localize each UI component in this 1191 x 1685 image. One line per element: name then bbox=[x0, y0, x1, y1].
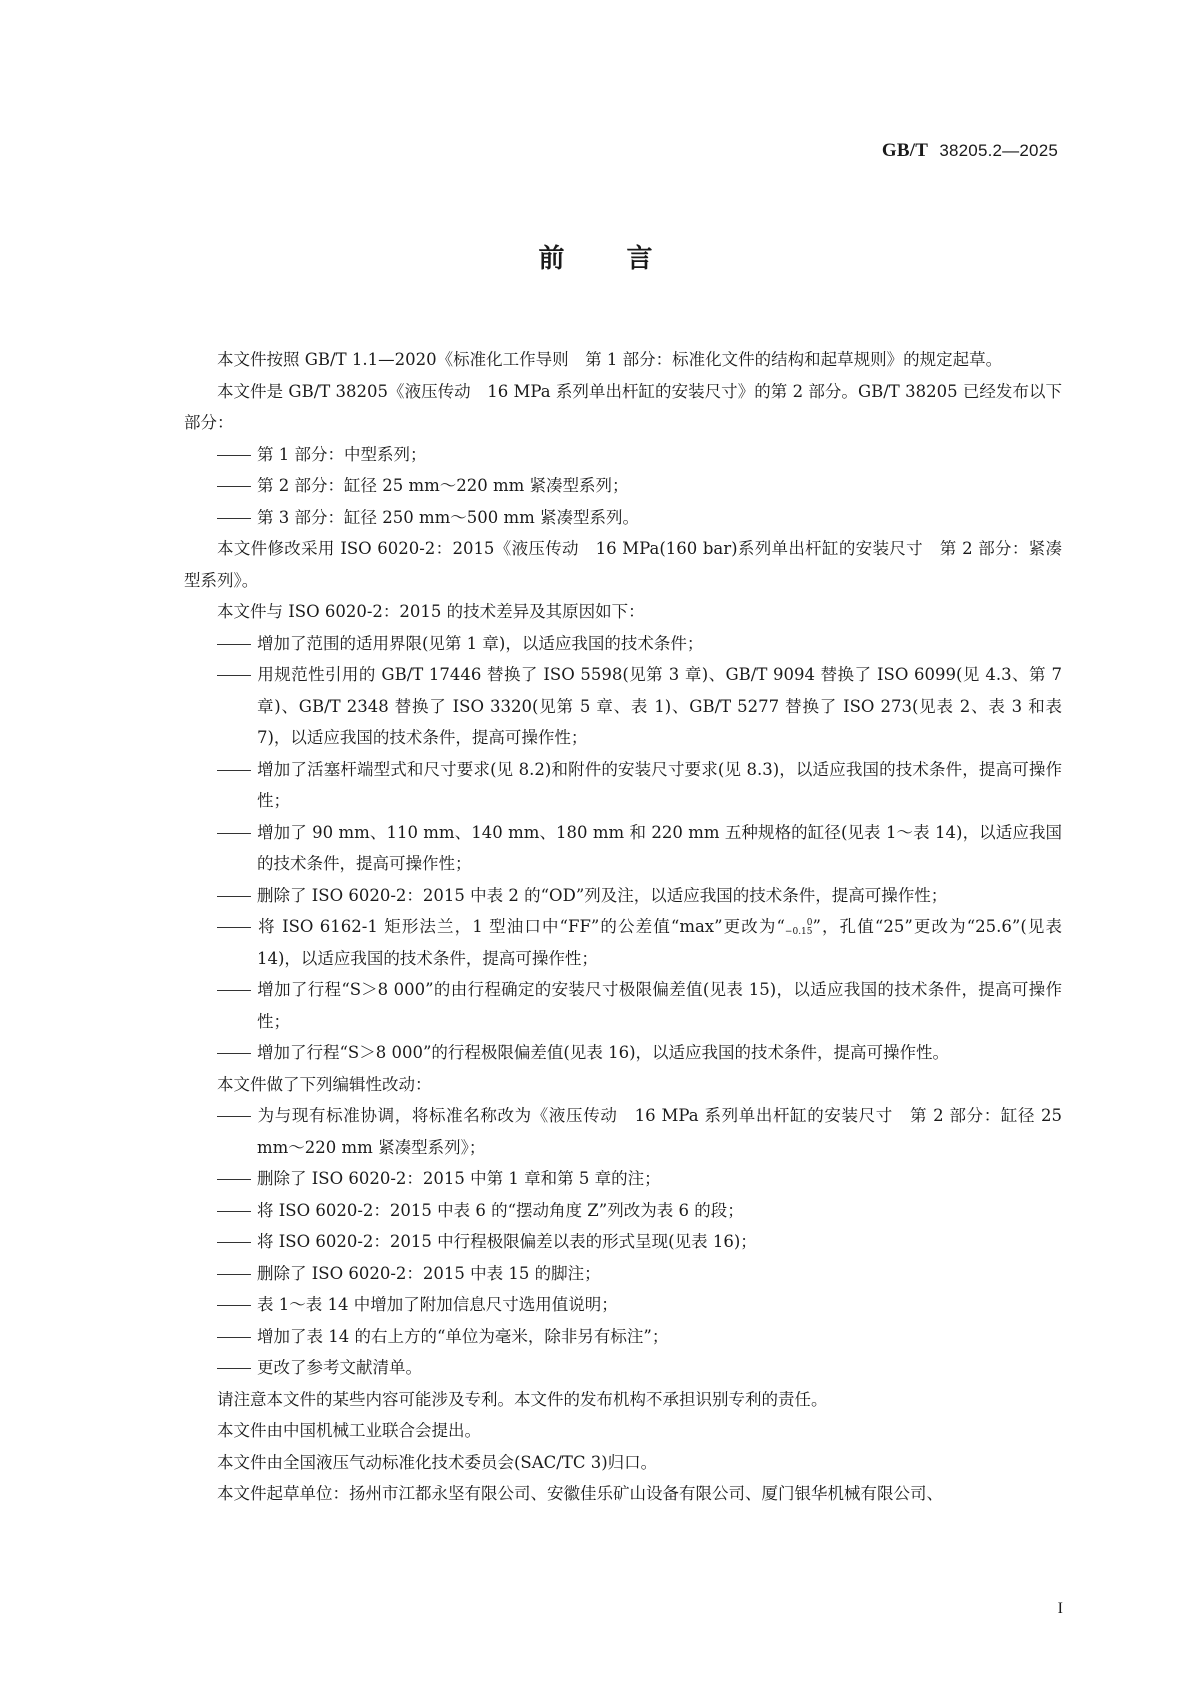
list-item-text: 删除了 ISO 6020-2：2015 中表 15 的脚注； bbox=[257, 1264, 601, 1283]
list-item-text: 表 1～表 14 中增加了附加信息尺寸选用值说明； bbox=[257, 1295, 618, 1314]
dash-bullet bbox=[217, 1226, 257, 1258]
list-item: 第 1 部分：中型系列； bbox=[217, 439, 1062, 471]
dash-bullet bbox=[217, 439, 257, 471]
list-item-text: 增加了表 14 的右上方的“单位为毫米，除非另有标注”； bbox=[257, 1327, 668, 1346]
paragraph: 本文件做了下列编辑性改动： bbox=[184, 1069, 1062, 1101]
standard-prefix: GB/T bbox=[882, 140, 928, 161]
dash-bullet bbox=[217, 659, 257, 691]
list-item: 删除了 ISO 6020-2：2015 中表 2 的“OD”列及注，以适应我国的… bbox=[217, 880, 1062, 912]
paragraph: 本文件是 GB/T 38205《液压传动 16 MPa 系列单出杆缸的安装尺寸》… bbox=[184, 376, 1062, 439]
list-item: 增加了范围的适用界限(见第 1 章)，以适应我国的技术条件； bbox=[217, 628, 1062, 660]
paragraph: 本文件修改采用 ISO 6020-2：2015《液压传动 16 MPa(160 … bbox=[184, 533, 1062, 596]
list-item: 增加了行程“S＞8 000”的由行程确定的安装尺寸极限偏差值(见表 15)，以适… bbox=[217, 974, 1062, 1037]
list-item-text: 用规范性引用的 GB/T 17446 替换了 ISO 5598(见第 3 章)、… bbox=[257, 665, 1062, 747]
page-title: 前言 bbox=[0, 238, 1191, 275]
list-item: 增加了行程“S＞8 000”的行程极限偏差值(见表 16)，以适应我国的技术条件… bbox=[217, 1037, 1062, 1069]
list-item: 为与现有标准协调，将标准名称改为《液压传动 16 MPa 系列单出杆缸的安装尺寸… bbox=[217, 1100, 1062, 1163]
list-item: 表 1～表 14 中增加了附加信息尺寸选用值说明； bbox=[217, 1289, 1062, 1321]
list-item-text: 增加了范围的适用界限(见第 1 章)，以适应我国的技术条件； bbox=[257, 634, 703, 653]
paragraph: 请注意本文件的某些内容可能涉及专利。本文件的发布机构不承担识别专利的责任。 bbox=[184, 1384, 1062, 1416]
tolerance-value: 0−0.15 bbox=[785, 919, 813, 937]
list-item-text: 第 3 部分：缸径 250 mm～500 mm 紧凑型系列。 bbox=[257, 508, 639, 527]
dash-bullet bbox=[217, 470, 257, 502]
list-item: 增加了 90 mm、110 mm、140 mm、180 mm 和 220 mm … bbox=[217, 817, 1062, 880]
list-item: 删除了 ISO 6020-2：2015 中表 15 的脚注； bbox=[217, 1258, 1062, 1290]
list-item-text: 增加了 90 mm、110 mm、140 mm、180 mm 和 220 mm … bbox=[257, 823, 1062, 874]
list-item: 第 3 部分：缸径 250 mm～500 mm 紧凑型系列。 bbox=[217, 502, 1062, 534]
page-number: I bbox=[1058, 1600, 1063, 1618]
list-item: 更改了参考文献清单。 bbox=[217, 1352, 1062, 1384]
paragraph: 本文件由中国机械工业联合会提出。 bbox=[184, 1415, 1062, 1447]
dash-bullet bbox=[217, 1163, 257, 1195]
dash-bullet bbox=[217, 817, 257, 849]
list-item: 第 2 部分：缸径 25 mm～220 mm 紧凑型系列； bbox=[217, 470, 1062, 502]
dash-bullet bbox=[217, 1258, 257, 1290]
list-item-text: 将 ISO 6020-2：2015 中行程极限偏差以表的形式呈现(见表 16)； bbox=[257, 1232, 757, 1251]
list-item-text: 增加了活塞杆端型式和尺寸要求(见 8.2)和附件的安装尺寸要求(见 8.3)，以… bbox=[257, 760, 1062, 811]
list-item-text: 将 ISO 6020-2：2015 中表 6 的“摆动角度 Z”列改为表 6 的… bbox=[257, 1201, 744, 1220]
list-item-text: 删除了 ISO 6020-2：2015 中表 2 的“OD”列及注，以适应我国的… bbox=[257, 886, 947, 905]
dash-bullet bbox=[217, 1195, 257, 1227]
list-item: 将 ISO 6020-2：2015 中行程极限偏差以表的形式呈现(见表 16)； bbox=[217, 1226, 1062, 1258]
list-item-text: 增加了行程“S＞8 000”的行程极限偏差值(见表 16)，以适应我国的技术条件… bbox=[257, 1043, 949, 1062]
paragraph: 本文件由全国液压气动标准化技术委员会(SAC/TC 3)归口。 bbox=[184, 1447, 1062, 1479]
list-item: 将 ISO 6020-2：2015 中表 6 的“摆动角度 Z”列改为表 6 的… bbox=[217, 1195, 1062, 1227]
list-item-text: 为与现有标准协调，将标准名称改为《液压传动 16 MPa 系列单出杆缸的安装尺寸… bbox=[257, 1106, 1062, 1157]
paragraph: 本文件起草单位：扬州市江都永坚有限公司、安徽佳乐矿山设备有限公司、厦门银华机械有… bbox=[184, 1478, 1062, 1510]
list-item-text: 更改了参考文献清单。 bbox=[257, 1358, 422, 1377]
list-item: 用规范性引用的 GB/T 17446 替换了 ISO 5598(见第 3 章)、… bbox=[217, 659, 1062, 754]
list-item-text: 第 1 部分：中型系列； bbox=[257, 445, 427, 464]
dash-bullet bbox=[217, 1352, 257, 1384]
dash-bullet bbox=[217, 880, 257, 912]
dash-bullet bbox=[217, 1100, 257, 1132]
list-item-text: 第 2 部分：缸径 25 mm～220 mm 紧凑型系列； bbox=[257, 476, 629, 495]
dash-bullet bbox=[217, 754, 257, 786]
dash-bullet bbox=[217, 1321, 257, 1353]
list-item-text: 删除了 ISO 6020-2：2015 中第 1 章和第 5 章的注； bbox=[257, 1169, 661, 1188]
standard-code: 38205.2—2025 bbox=[939, 141, 1058, 160]
foreword-body: 本文件按照 GB/T 1.1—2020《标准化工作导则 第 1 部分：标准化文件… bbox=[184, 344, 1062, 1510]
dash-bullet bbox=[217, 1289, 257, 1321]
list-item-text: 将 ISO 6162-1 矩形法兰，1 型油口中“FF”的公差值“max”更改为… bbox=[257, 917, 785, 936]
list-item: 增加了表 14 的右上方的“单位为毫米，除非另有标注”； bbox=[217, 1321, 1062, 1353]
paragraph: 本文件按照 GB/T 1.1—2020《标准化工作导则 第 1 部分：标准化文件… bbox=[184, 344, 1062, 376]
dash-bullet bbox=[217, 1037, 257, 1069]
dash-bullet bbox=[217, 502, 257, 534]
list-item: 增加了活塞杆端型式和尺寸要求(见 8.2)和附件的安装尺寸要求(见 8.3)，以… bbox=[217, 754, 1062, 817]
tolerance-lower: −0.15 bbox=[785, 928, 813, 937]
paragraph: 本文件与 ISO 6020-2：2015 的技术差异及其原因如下： bbox=[184, 596, 1062, 628]
list-item: 将 ISO 6162-1 矩形法兰，1 型油口中“FF”的公差值“max”更改为… bbox=[217, 911, 1062, 974]
dash-bullet bbox=[217, 911, 257, 943]
dash-bullet bbox=[217, 974, 257, 1006]
standard-number: GB/T 38205.2—2025 bbox=[882, 140, 1058, 162]
dash-bullet bbox=[217, 628, 257, 660]
list-item: 删除了 ISO 6020-2：2015 中第 1 章和第 5 章的注； bbox=[217, 1163, 1062, 1195]
list-item-text: 增加了行程“S＞8 000”的由行程确定的安装尺寸极限偏差值(见表 15)，以适… bbox=[257, 980, 1062, 1031]
